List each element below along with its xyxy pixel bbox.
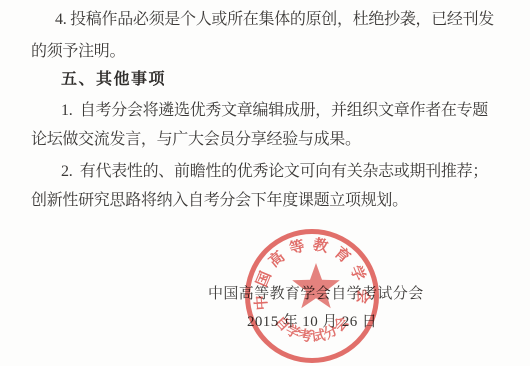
- section-heading-other-matters: 五、其他事项: [61, 72, 166, 88]
- item-1-line-1: 1. 自考分会将遴选优秀文章编辑成册，并组织文章作者在专题: [61, 103, 488, 119]
- item-2-line-2: 创新性研究思路将纳入自考分会下年度课题立项规划。: [31, 193, 408, 209]
- signature-date: 2015 年 10 月 26 日: [247, 310, 377, 331]
- paragraph-4-line-1: 4. 投稿作品必须是个人或所在集体的原创，杜绝抄袭，已经刊发: [55, 12, 494, 28]
- item-2-line-1: 2. 有代表性的、前瞻性的优秀论文可向有关杂志或期刊推荐；: [61, 164, 488, 180]
- item-1-line-2: 论坛做交流发言，与广大会员分享经验与成果。: [31, 132, 361, 148]
- paragraph-4-line-2: 的须予注明。: [31, 44, 125, 60]
- signature-organization: 中国高等教育学会自学考试分会: [208, 282, 424, 303]
- document-page: 4. 投稿作品必须是个人或所在集体的原创，杜绝抄袭，已经刊发 的须予注明。 五、…: [0, 0, 530, 366]
